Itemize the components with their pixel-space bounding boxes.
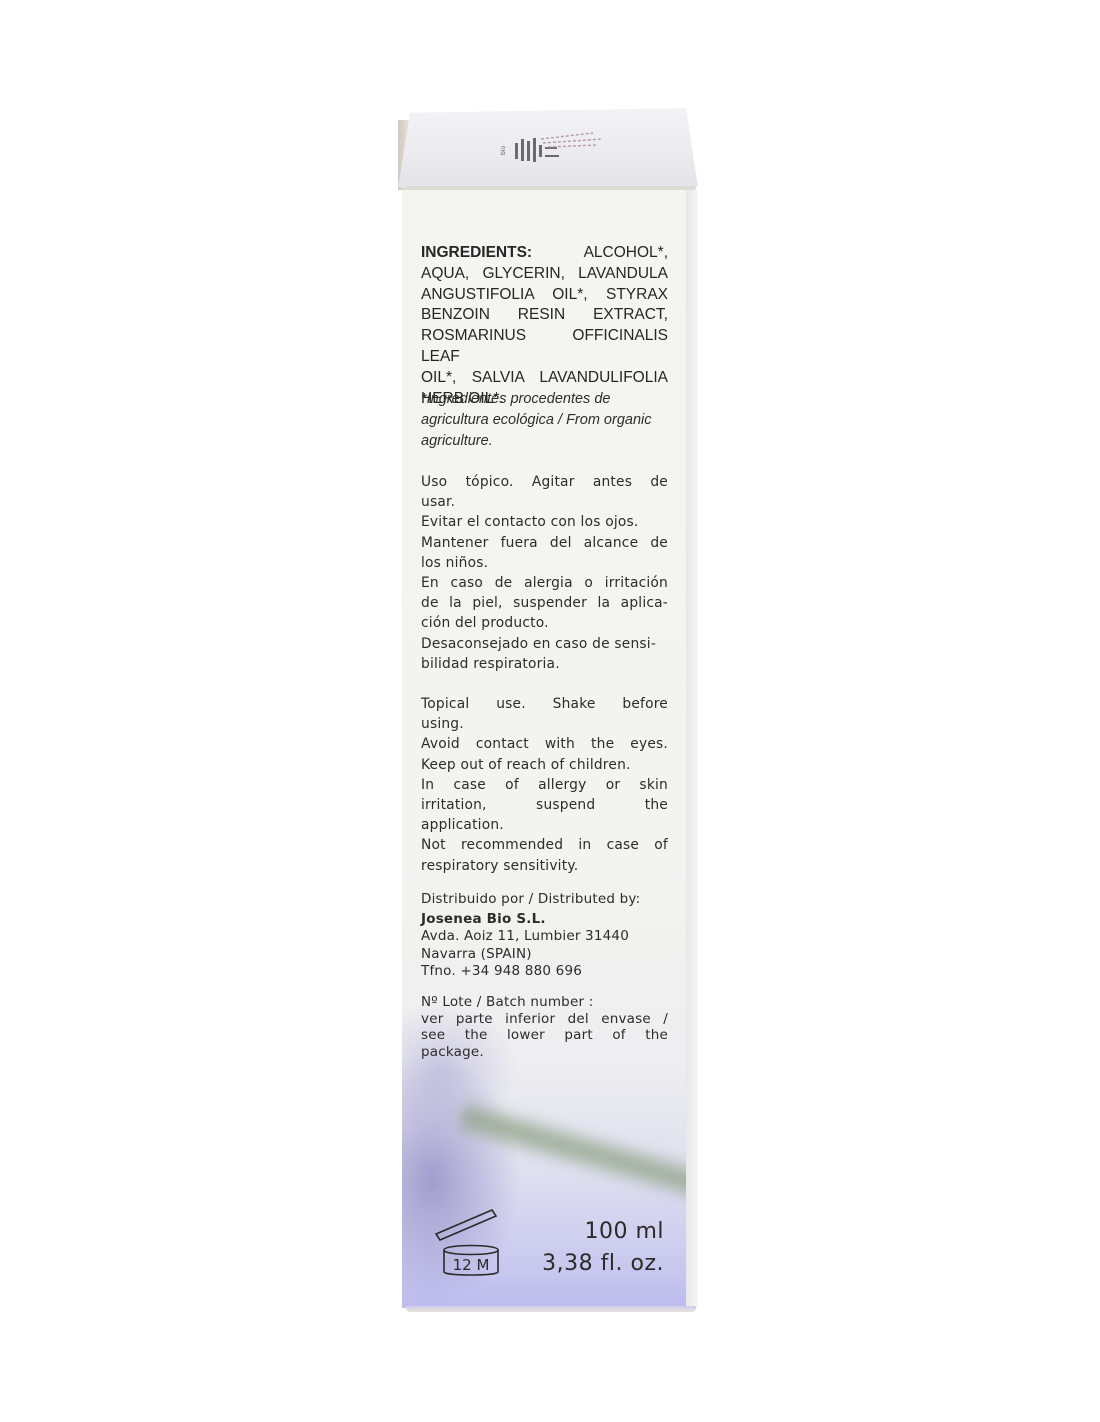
distributor-company: Josenea Bio S.L. bbox=[421, 911, 668, 928]
usage-instructions-en: Topical use. Shake before using. Avoid c… bbox=[421, 694, 668, 876]
ingredients-list: INGREDIENTS: ALCOHOL*, AQUA, GLYCERIN, L… bbox=[421, 243, 668, 409]
organic-footnote: *Ingredientes procedentes de agricultura… bbox=[421, 389, 668, 451]
distributor-info: Distribuido por / Distributed by: Josene… bbox=[421, 891, 668, 980]
product-photo: bio INGREDIENTS: ALCOHOL*, AQUA, GLYCERI… bbox=[0, 0, 1100, 1422]
volume-metric: 100 ml bbox=[510, 1216, 664, 1248]
box-right-edge bbox=[686, 190, 698, 1308]
ingredients-heading: INGREDIENTS: bbox=[421, 243, 532, 264]
distributor-phone: Tfno. +34 948 880 696 bbox=[421, 963, 668, 980]
brand-logo-icon: bio bbox=[493, 125, 623, 175]
distributor-label: Distribuido por / Distributed by: bbox=[421, 891, 668, 908]
svg-text:bio: bio bbox=[500, 146, 507, 155]
period-after-opening-icon: 12 M bbox=[432, 1204, 508, 1278]
lavender-stem-illustration bbox=[456, 1096, 696, 1208]
batch-number-info: Nº Lote / Batch number : ver parte infer… bbox=[421, 994, 668, 1060]
distributor-region: Navarra (SPAIN) bbox=[421, 946, 668, 963]
volume-imperial: 3,38 fl. oz. bbox=[510, 1248, 664, 1280]
svg-text:12 M: 12 M bbox=[453, 1256, 490, 1274]
usage-instructions-es: Uso tópico. Agitar antes de usar. Evitar… bbox=[421, 472, 668, 674]
distributor-address: Avda. Aoiz 11, Lumbier 31440 bbox=[421, 928, 668, 945]
box-bottom-edge bbox=[406, 1306, 696, 1312]
product-volume: 100 ml 3,38 fl. oz. bbox=[510, 1216, 664, 1280]
